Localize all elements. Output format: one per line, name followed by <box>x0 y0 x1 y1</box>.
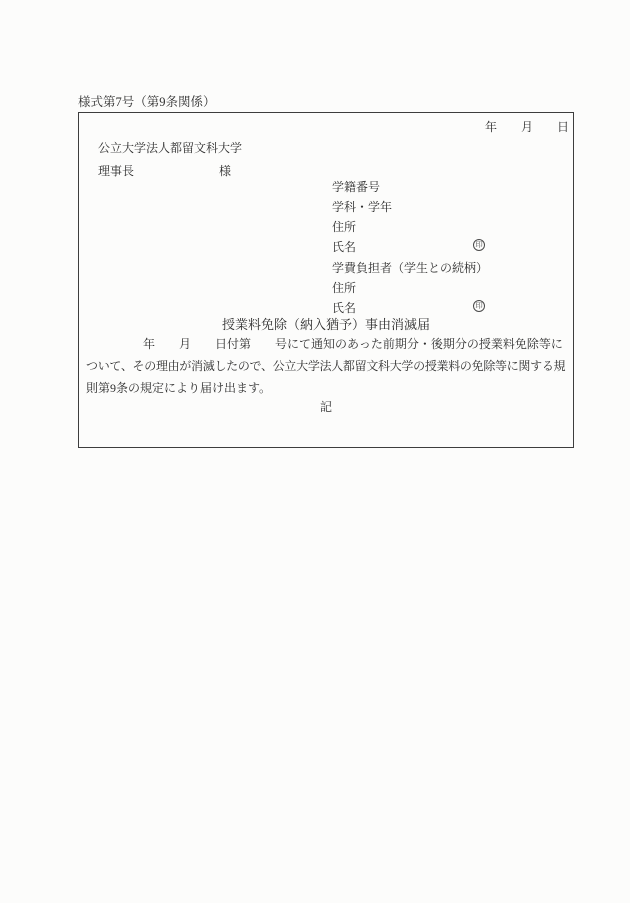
record-label: 記 <box>79 400 573 415</box>
student-name-label: 氏名 <box>332 240 356 254</box>
payer-seal-icon: 印 <box>473 300 485 312</box>
body-line-3: 則第9条の規定により届け出ます。 <box>86 381 271 395</box>
student-id-label: 学籍番号 <box>332 180 380 194</box>
addressee-title: 理事長 <box>98 164 134 178</box>
document-page: 様式第7号（第9条関係） 年 月 日 公立大学法人都留文科大学 理事長 様 学籍… <box>0 0 630 903</box>
payer-label: 学費負担者（学生との続柄） <box>332 261 488 275</box>
university-name: 公立大学法人都留文科大学 <box>98 141 242 155</box>
student-address-label: 住所 <box>332 220 356 234</box>
body-line-2: ついて、その理由が消滅したので、公立大学法人都留文科大学の授業料の免除等に関する… <box>86 359 565 373</box>
body-line-1: 年 月 日付第 号にて通知のあった前期分・後期分の授業料免除等に <box>143 337 563 351</box>
payer-address-label: 住所 <box>332 281 356 295</box>
date-day-label: 日 <box>557 120 569 134</box>
addressee-honorific: 様 <box>219 164 231 178</box>
payer-name-label: 氏名 <box>332 301 356 315</box>
department-year-label: 学科・学年 <box>332 200 392 214</box>
student-seal-icon: 印 <box>473 239 485 251</box>
form-box: 年 月 日 公立大学法人都留文科大学 理事長 様 学籍番号 学科・学年 住所 氏… <box>78 112 574 448</box>
payer-seal-char: 印 <box>475 302 483 310</box>
student-seal-char: 印 <box>475 241 483 249</box>
date-month-label: 月 <box>521 120 533 134</box>
form-number-label: 様式第7号（第9条関係） <box>78 95 216 109</box>
date-year-label: 年 <box>485 120 497 134</box>
document-title: 授業料免除（納入猶予）事由消滅届 <box>79 317 573 332</box>
